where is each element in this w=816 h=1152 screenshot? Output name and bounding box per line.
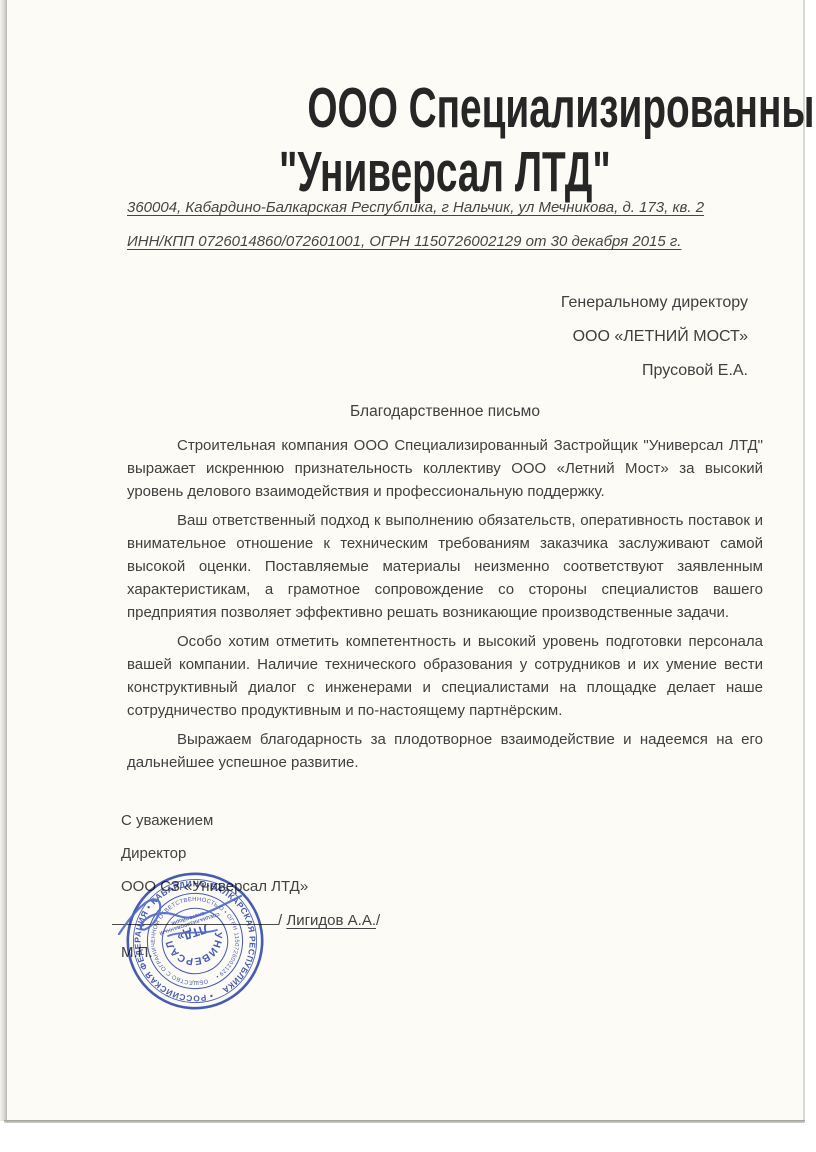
scan-edge-right: [803, 0, 805, 1121]
company-title-line1-text: ООО Специализированный Застройщик: [307, 78, 816, 138]
company-title-line2-text: "Универсал ЛТД": [279, 142, 611, 202]
letter-title: Благодарственное письмо: [125, 403, 765, 421]
handwritten-signature-ink: [113, 886, 251, 952]
addressee-name: Прусовой Е.А.: [400, 354, 748, 388]
paragraph-4: Выражаем благодарность за плодотворное в…: [127, 728, 763, 774]
closing-regards: С уважением: [121, 812, 621, 845]
letter-body: Строительная компания ООО Специализирова…: [127, 434, 763, 774]
addressee-company: ООО «ЛЕТНИЙ МОСТ»: [400, 320, 748, 354]
signature-slash-close: /: [376, 912, 380, 929]
company-title-line2: "Универсал ЛТД": [125, 142, 765, 202]
paragraph-1: Строительная компания ООО Специализирова…: [127, 434, 763, 503]
paragraph-2: Ваш ответственный подход к выполнению об…: [127, 509, 763, 624]
paragraph-3: Особо хотим отметить компетентность и вы…: [127, 630, 763, 722]
signature-stroke-tail: [168, 930, 217, 936]
addressee-block: Генеральному директору ООО «ЛЕТНИЙ МОСТ»…: [400, 286, 748, 388]
scanned-letter-page: ООО Специализированный Застройщик "Униве…: [0, 0, 816, 1152]
scan-edge-left: [0, 0, 7, 1121]
company-title-line1: ООО Специализированный Застройщик: [125, 78, 765, 138]
addressee-position: Генеральному директору: [400, 286, 748, 320]
company-requisites: ИНН/КПП 0726014860/072601001, ОГРН 11507…: [127, 233, 787, 250]
company-address: 360004, Кабардино-Балкарская Республика,…: [127, 199, 787, 216]
scan-edge-bottom: [4, 1120, 805, 1123]
signature-stroke-main: [119, 896, 241, 934]
signature-slash-open: /: [278, 912, 282, 929]
signature-name: Лигидов А.А.: [286, 912, 376, 929]
